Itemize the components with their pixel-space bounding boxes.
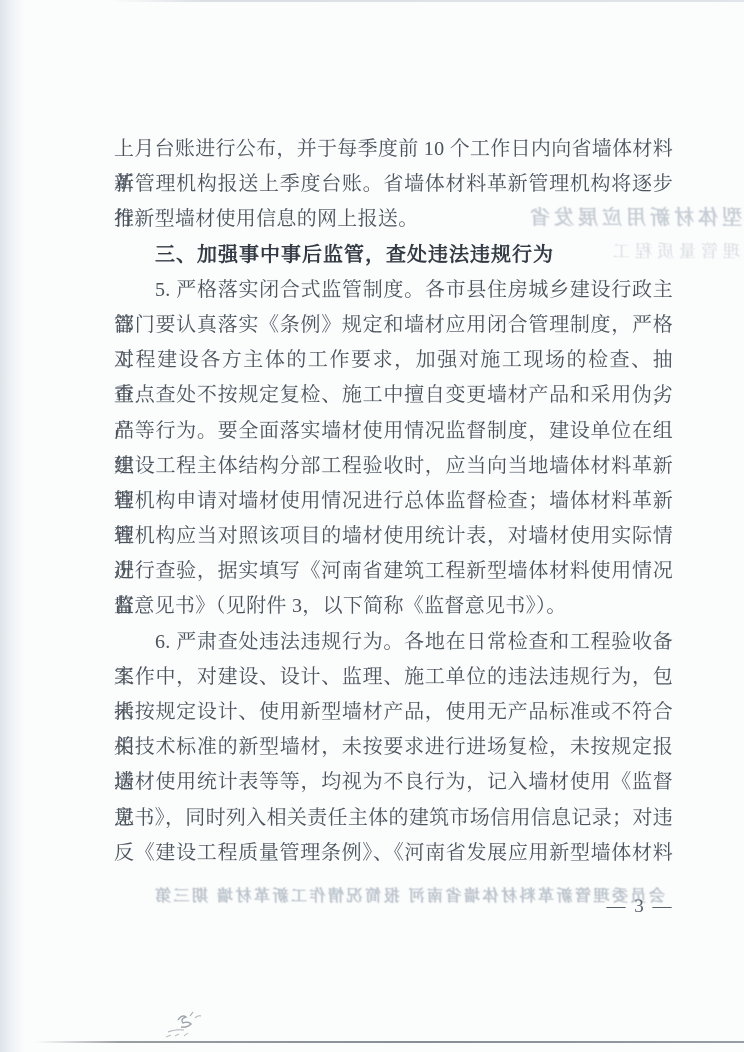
text-line: 见书》，同时列入相关责任主体的建筑市场信用信息记录；对违: [114, 801, 673, 836]
text-line: 品等行为。要全面落实墙材使用情况监督制度，建设单位在组织: [114, 414, 673, 449]
bleedthrough-artifact: 会员委理管新革料材体墙省南河 报简况情作工新革材墙 期三第: [90, 883, 665, 906]
text-line: 督意见书》（见附件 3，以下简称《监督意见书》）。: [114, 589, 673, 624]
scanned-document-page: 型体材新用应展发省 理管量质程工 会员委理管新革料材体墙省南河 报简况情作工新革…: [0, 0, 744, 1052]
page-number: — 3 —: [594, 896, 686, 918]
text-line: 建设工程主体结构分部工程验收时，应当向当地墙体材料革新管: [114, 449, 673, 484]
text-line: 行新型墙材使用信息的网上报送。: [114, 202, 673, 237]
text-line: 6. 严肃查处违法违规行为。各地在日常检查和工程验收备案: [114, 625, 673, 660]
text-line: 上月台账进行公布，并于每季度前 10 个工作日内向省墙体材料革: [114, 132, 673, 167]
text-line: 5. 严格落实闭合式监管制度。各市县住房城乡建设行政主管: [114, 273, 673, 308]
text-line: 反《建设工程质量管理条例》、《河南省发展应用新型墙体材料: [114, 836, 673, 871]
text-line: 工作中，对建设、设计、监理、施工单位的违法违规行为，包括: [114, 660, 673, 695]
pencil-smudge-artifact: [156, 1006, 216, 1044]
page-top-edge: [110, 0, 744, 2]
text-line: 关技术标准的新型墙材，未按要求进行进场复检，未按规定报送: [114, 730, 673, 765]
text-line: 理机构申请对墙材使用情况进行总体监督检查；墙体材料革新管: [114, 484, 673, 519]
document-body: 上月台账进行公布，并于每季度前 10 个工作日内向省墙体材料革新管理机构报送上季…: [114, 132, 673, 871]
page-bottom-edge: [36, 1041, 744, 1043]
text-line: 进行查验，据实填写《河南省建筑工程新型墙体材料使用情况监: [114, 554, 673, 589]
text-line: 工程建设各方主体的工作要求，加强对施工现场的检查、抽查，: [114, 343, 673, 378]
text-line: 部门要认真落实《条例》规定和墙材应用闭合管理制度，严格对: [114, 308, 673, 343]
text-line: 重点查处不按规定复检、施工中擅自变更墙材产品和采用伪劣产: [114, 378, 673, 413]
text-line: 未按规定设计、使用新型墙材产品，使用无产品标准或不符合相: [114, 695, 673, 730]
scan-gutter-shadow: [0, 0, 24, 1052]
text-line: 理机构应当对照该项目的墙材使用统计表，对墙材使用实际情况: [114, 519, 673, 554]
section-heading: 三、加强事中事后监管，查处违法违规行为: [114, 238, 673, 273]
text-line: 墙材使用统计表等等，均视为不良行为，记入墙材使用《监督意: [114, 765, 673, 800]
text-line: 新管理机构报送上季度台账。省墙体材料革新管理机构将逐步推: [114, 167, 673, 202]
